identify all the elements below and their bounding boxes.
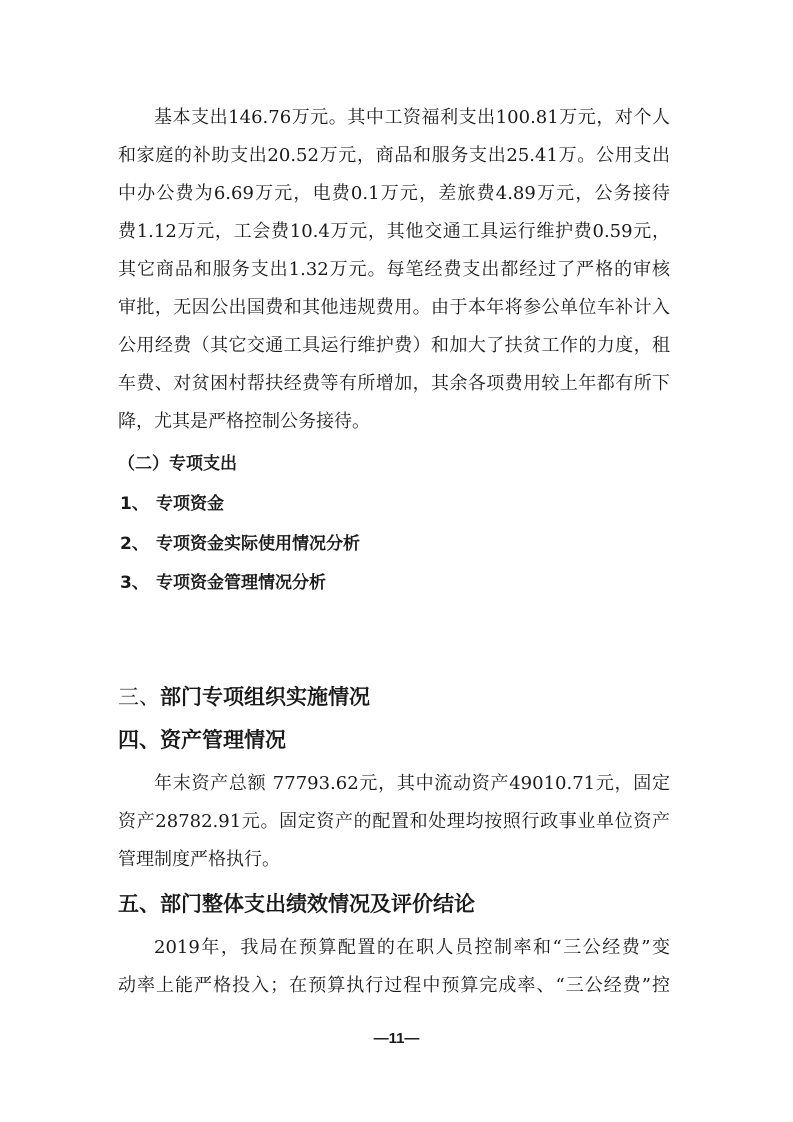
text-line: 资产28782.91元。固定资产的配置和处理均按照行政事业单位资产 (118, 810, 670, 834)
text-line: 中办公费为6.69万元，电费0.1万元，差旅费4.89万元，公务接待 (118, 182, 670, 206)
list-item-number: 2、 (120, 532, 156, 556)
section-number: 三、 (118, 683, 160, 711)
list-item-label: 专项资金 (156, 494, 224, 514)
heading-section-three: 三、部门专项组织实施情况 (118, 683, 370, 711)
heading-section-four: 四、资产管理情况 (118, 726, 286, 754)
section-title: 部门整体支出绩效情况及评价结论 (160, 892, 475, 916)
text-line: 其它商品和服务支出1.32万元。每笔经费支出都经过了严格的审核 (118, 258, 670, 282)
list-item: 3、专项资金管理情况分析 (120, 571, 326, 595)
text-line: 费1.12万元，工会费10.4万元，其他交通工具运行维护费0.59元， (118, 220, 670, 244)
list-item-label: 专项资金实际使用情况分析 (156, 534, 360, 554)
section-title: 部门专项组织实施情况 (160, 685, 370, 709)
page-number: —11— (0, 1030, 793, 1047)
text-line: 年末资产总额 77793.62元，其中流动资产49010.71元，固定 (154, 772, 670, 796)
text-line: 2019年，我局在预算配置的在职人员控制率和“三公经费”变 (154, 936, 670, 960)
section-number: 五、 (118, 890, 160, 918)
list-item-number: 3、 (120, 571, 156, 595)
section-number: 四、 (118, 726, 160, 754)
list-item: 2、专项资金实际使用情况分析 (120, 532, 360, 556)
heading-special-expenditure: （二）专项支出 (118, 452, 237, 476)
text-line: 降，尤其是严格控制公务接待。 (118, 410, 670, 434)
list-item-number: 1、 (120, 492, 156, 516)
text-line: 审批，无因公出国费和其他违规费用。由于本年将参公单位车补计入 (118, 296, 670, 320)
text-line: 车费、对贫困村帮扶经费等有所增加，其余各项费用较上年都有所下 (118, 372, 670, 396)
text-line: 和家庭的补助支出20.52万元，商品和服务支出25.41万。公用支出 (118, 144, 670, 168)
text-line: 公用经费（其它交通工具运行维护费）和加大了扶贫工作的力度，租 (118, 334, 670, 358)
section-title: 资产管理情况 (160, 728, 286, 752)
heading-section-five: 五、部门整体支出绩效情况及评价结论 (118, 890, 475, 918)
list-item: 1、专项资金 (120, 492, 224, 516)
text-line: 动率上能严格投入；在预算执行过程中预算完成率、“三公经费”控 (118, 974, 670, 998)
list-item-label: 专项资金管理情况分析 (156, 573, 326, 593)
text-line: 管理制度严格执行。 (118, 848, 670, 872)
text-line: 基本支出146.76万元。其中工资福利支出100.81万元，对个人 (154, 106, 670, 130)
